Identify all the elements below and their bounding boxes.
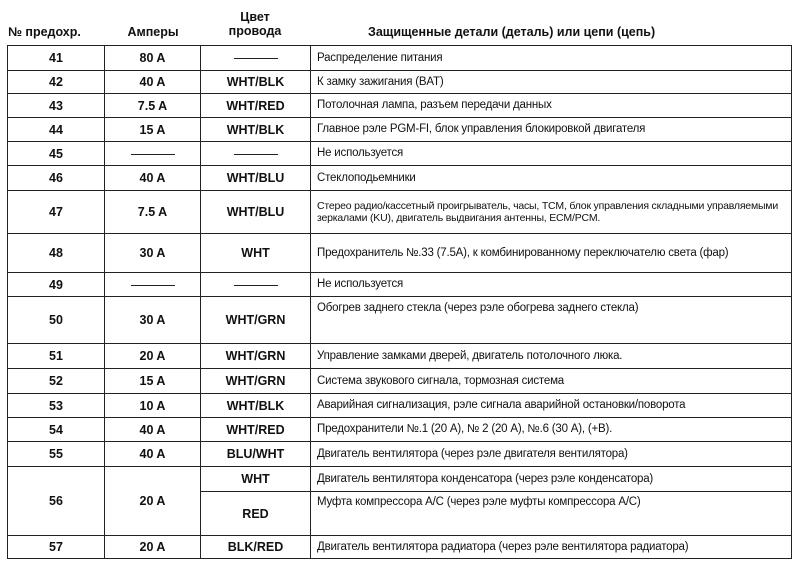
dash-placeholder	[234, 285, 278, 286]
fuse-number: 50	[8, 297, 105, 344]
protected-circuit: Система звукового сигнала, тормозная сис…	[311, 369, 792, 394]
fuse-amps: 80 A	[105, 46, 201, 71]
protected-circuit: Двигатель вентилятора (через рэле двигат…	[311, 442, 792, 467]
protected-circuit: Предохранитель №.33 (7.5A), к комбиниров…	[311, 234, 792, 273]
fuse-number: 41	[8, 46, 105, 71]
table-row: 5310 AWHT/BLKАварийная сигнализация, рэл…	[8, 394, 792, 418]
table-row: 5620 AWHTДвигатель вентилятора конденсат…	[8, 467, 792, 492]
protected-circuit: Не используется	[311, 142, 792, 166]
protected-circuit: Обогрев заднего стекла (через рэле обогр…	[311, 297, 792, 344]
header-protected-circuits: Защищенные детали (деталь) или цепи (цеп…	[318, 25, 788, 39]
wire-color: BLU/WHT	[201, 442, 311, 467]
wire-color: WHT/BLK	[201, 394, 311, 418]
wire-color: WHT	[201, 467, 311, 492]
wire-color: RED	[201, 492, 311, 536]
header-fuse-number: № предохр.	[8, 25, 102, 39]
table-row: 5440 AWHT/REDПредохранители №.1 (20 A), …	[8, 418, 792, 442]
fuse-amps: 40 A	[105, 442, 201, 467]
fuse-number: 57	[8, 536, 105, 559]
fuse-number: 45	[8, 142, 105, 166]
wire-color: WHT/GRN	[201, 344, 311, 369]
protected-circuit: Стеклоподьемники	[311, 166, 792, 191]
fuse-amps: 10 A	[105, 394, 201, 418]
dash-placeholder	[131, 285, 175, 286]
dash-placeholder	[131, 154, 175, 155]
protected-circuit: Управление замками дверей, двигатель пот…	[311, 344, 792, 369]
fuse-number: 42	[8, 71, 105, 94]
wire-color	[201, 142, 311, 166]
wire-color: WHT/GRN	[201, 297, 311, 344]
wire-color	[201, 273, 311, 297]
fuse-number: 48	[8, 234, 105, 273]
fuse-number: 49	[8, 273, 105, 297]
table-row: 49Не используется	[8, 273, 792, 297]
table-row: 4240 AWHT/BLKК замку зажигания (BAT)	[8, 71, 792, 94]
fuse-amps: 7.5 A	[105, 191, 201, 234]
fuse-amps: 20 A	[105, 344, 201, 369]
fuse-number: 52	[8, 369, 105, 394]
protected-circuit: Муфта компрессора A/C (через рэле муфты …	[311, 492, 792, 536]
table-row: 477.5 AWHT/BLUСтерео радио/кассетный про…	[8, 191, 792, 234]
wire-color: WHT/BLK	[201, 118, 311, 142]
fuse-amps: 40 A	[105, 166, 201, 191]
wire-color: WHT/BLU	[201, 191, 311, 234]
protected-circuit: К замку зажигания (BAT)	[311, 71, 792, 94]
header-wire-color: Цветпровода	[200, 10, 310, 38]
table-row: 5215 AWHT/GRNСистема звукового сигнала, …	[8, 369, 792, 394]
protected-circuit: Предохранители №.1 (20 A), № 2 (20 A), №…	[311, 418, 792, 442]
fuse-amps: 40 A	[105, 418, 201, 442]
fuse-amps: 30 A	[105, 297, 201, 344]
wire-color: WHT	[201, 234, 311, 273]
protected-circuit: Двигатель вентилятора радиатора (через р…	[311, 536, 792, 559]
table-row: 5540 ABLU/WHTДвигатель вентилятора (чере…	[8, 442, 792, 467]
dash-placeholder	[234, 154, 278, 155]
table-row: 4180 AРаспределение питания	[8, 46, 792, 71]
protected-circuit: Главное рэле PGM-FI, блок управления бло…	[311, 118, 792, 142]
wire-color	[201, 46, 311, 71]
fuse-number: 54	[8, 418, 105, 442]
fuse-amps: 7.5 A	[105, 94, 201, 118]
header-amps: Амперы	[108, 25, 198, 39]
table-row: 437.5 AWHT/REDПотолочная лампа, разъем п…	[8, 94, 792, 118]
fuse-amps: 15 A	[105, 118, 201, 142]
table-row: 5720 ABLK/REDДвигатель вентилятора радиа…	[8, 536, 792, 559]
fuse-number: 43	[8, 94, 105, 118]
fuse-amps	[105, 273, 201, 297]
fuse-number: 56	[8, 467, 105, 536]
fuse-number: 51	[8, 344, 105, 369]
wire-color: WHT/GRN	[201, 369, 311, 394]
table-row: 4415 AWHT/BLKГлавное рэле PGM-FI, блок у…	[8, 118, 792, 142]
wire-color: WHT/RED	[201, 94, 311, 118]
fuse-amps: 40 A	[105, 71, 201, 94]
protected-circuit: Двигатель вентилятора конденсатора (чере…	[311, 467, 792, 492]
fuse-amps: 20 A	[105, 536, 201, 559]
table-row: 5030 AWHT/GRNОбогрев заднего стекла (чер…	[8, 297, 792, 344]
table-row: 4640 AWHT/BLUСтеклоподьемники	[8, 166, 792, 191]
fuse-number: 55	[8, 442, 105, 467]
fuse-table: 4180 AРаспределение питания4240 AWHT/BLK…	[7, 45, 792, 559]
wire-color: WHT/BLK	[201, 71, 311, 94]
table-row: 5120 AWHT/GRNУправление замками дверей, …	[8, 344, 792, 369]
protected-circuit: Стерео радио/кассетный проигрыватель, ча…	[311, 191, 792, 234]
fuse-amps	[105, 142, 201, 166]
table-row: 4830 AWHTПредохранитель №.33 (7.5A), к к…	[8, 234, 792, 273]
fuse-amps: 20 A	[105, 467, 201, 536]
fuse-number: 44	[8, 118, 105, 142]
wire-color: WHT/BLU	[201, 166, 311, 191]
protected-circuit: Не используется	[311, 273, 792, 297]
protected-circuit: Аварийная сигнализация, рэле сигнала ава…	[311, 394, 792, 418]
fuse-amps: 30 A	[105, 234, 201, 273]
wire-color: BLK/RED	[201, 536, 311, 559]
fuse-amps: 15 A	[105, 369, 201, 394]
dash-placeholder	[234, 58, 278, 59]
fuse-number: 53	[8, 394, 105, 418]
protected-circuit: Потолочная лампа, разъем передачи данных	[311, 94, 792, 118]
fuse-number: 47	[8, 191, 105, 234]
protected-circuit: Распределение питания	[311, 46, 792, 71]
fuse-number: 46	[8, 166, 105, 191]
table-row: 45Не используется	[8, 142, 792, 166]
wire-color: WHT/RED	[201, 418, 311, 442]
